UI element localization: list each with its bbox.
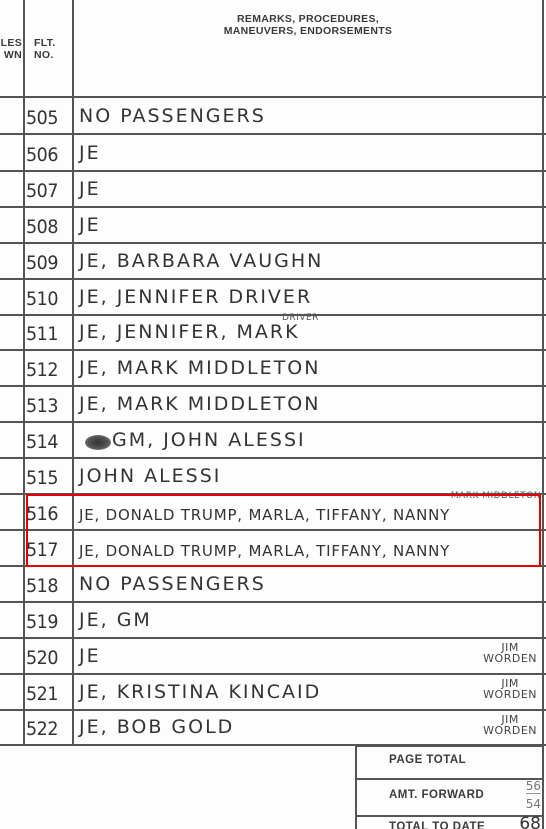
table-row: 509JE, BARBARA VAUGHN: [24, 243, 543, 279]
table-row: 512JE, MARK MIDDLETON: [24, 350, 543, 386]
side-note: JIMWORDEN: [483, 714, 537, 736]
flight-number: 511: [26, 323, 70, 345]
table-row: 520JEJIMWORDEN: [24, 638, 543, 674]
remark-text: JE, KRISTINA KINCAID: [79, 681, 321, 703]
flight-number: 515: [26, 467, 70, 489]
flight-number: 509: [26, 252, 70, 274]
table-row: 514GM, JOHN ALESSI: [24, 422, 543, 458]
table-row: 515JOHN ALESSI: [24, 458, 543, 494]
table-row: 511JE, JENNIFER, MARKDRIVER: [24, 315, 543, 350]
remark-text: JE, JENNIFER DRIVER: [79, 286, 312, 308]
amt-forward-value-2: 54: [526, 797, 541, 811]
remark-text: JE, JENNIFER, MARK: [79, 321, 300, 343]
partial-header-line-2: WN: [0, 49, 22, 61]
redaction-scribble: [85, 435, 111, 450]
flight-number: 510: [26, 288, 70, 310]
totals-line-2: [355, 778, 543, 780]
flight-number: 514: [26, 431, 70, 453]
total-to-date-value: 68: [519, 814, 541, 829]
remark-text: JE, GM: [79, 609, 152, 631]
superscript-annotation: DRIVER: [282, 313, 319, 323]
flight-number: 507: [26, 180, 70, 202]
remark-text: JOHN ALESSI: [79, 465, 221, 487]
remark-text: NO PASSENGERS: [79, 105, 266, 127]
remark-text: JE: [79, 142, 101, 164]
table-row: 507JE: [24, 171, 543, 207]
remarks-header-line-1: REMARKS, PROCEDURES,: [75, 13, 541, 25]
side-note-line: WORDEN: [483, 725, 537, 736]
total-to-date-label: TOTAL TO DATE: [389, 821, 485, 829]
remarks-header-line-2: MANEUVERS, ENDORSEMENTS: [75, 25, 541, 37]
partial-column-header: LES WN: [0, 37, 22, 61]
highlight-box: [26, 494, 541, 567]
table-row: 506JE: [24, 134, 543, 171]
flight-number: 513: [26, 395, 70, 417]
remark-text: JE, MARK MIDDLETON: [79, 357, 320, 379]
side-note-line: WORDEN: [483, 689, 537, 700]
flight-number: 508: [26, 216, 70, 238]
side-note: JIMWORDEN: [483, 642, 537, 664]
flight-number: 522: [26, 718, 70, 740]
side-note-line: WORDEN: [483, 653, 537, 664]
remark-text: JE, BARBARA VAUGHN: [79, 250, 323, 272]
flight-number: 518: [26, 575, 70, 597]
page-total-label: PAGE TOTAL: [389, 754, 466, 766]
flight-number: 512: [26, 359, 70, 381]
table-row: 505NO PASSENGERS: [24, 97, 543, 134]
table-row: 510JE, JENNIFER DRIVER: [24, 279, 543, 315]
remark-text: JE: [79, 214, 101, 236]
side-note: JIMWORDEN: [483, 678, 537, 700]
partial-header-line-1: LES: [0, 37, 22, 49]
table-row: 521JE, KRISTINA KINCAIDJIMWORDEN: [24, 674, 543, 710]
totals-box: PAGE TOTAL AMT. FORWARD 56 54 TOTAL TO D…: [355, 745, 543, 829]
flight-number: 520: [26, 647, 70, 669]
table-row: 508JE: [24, 207, 543, 243]
flight-number: 505: [26, 107, 70, 129]
flight-number-header: FLT. NO.: [34, 37, 55, 61]
remarks-header: REMARKS, PROCEDURES, MANEUVERS, ENDORSEM…: [75, 13, 541, 37]
table-row: 519JE, GM: [24, 602, 543, 638]
flight-number: 506: [26, 144, 70, 166]
remark-text: GM, JOHN ALESSI: [112, 429, 306, 451]
remark-text: JE: [79, 645, 101, 667]
totals-line-3: [355, 815, 543, 817]
amt-forward-label: AMT. FORWARD: [389, 789, 484, 801]
table-row: 513JE, MARK MIDDLETON: [24, 386, 543, 422]
table-row: 522JE, BOB GOLDJIMWORDEN: [24, 710, 543, 745]
flt-header-line-2: NO.: [34, 49, 55, 61]
table-row: 518NO PASSENGERS: [24, 566, 543, 602]
remark-text: JE, MARK MIDDLETON: [79, 393, 320, 415]
remark-text: JE, BOB GOLD: [79, 716, 234, 738]
remark-text: JE: [79, 178, 101, 200]
flight-number: 521: [26, 683, 70, 705]
flight-number: 519: [26, 611, 70, 633]
amt-forward-value-1: 56: [526, 779, 541, 794]
totals-line-1: [355, 745, 543, 747]
remark-text: NO PASSENGERS: [79, 573, 266, 595]
flt-header-line-1: FLT.: [34, 37, 55, 49]
